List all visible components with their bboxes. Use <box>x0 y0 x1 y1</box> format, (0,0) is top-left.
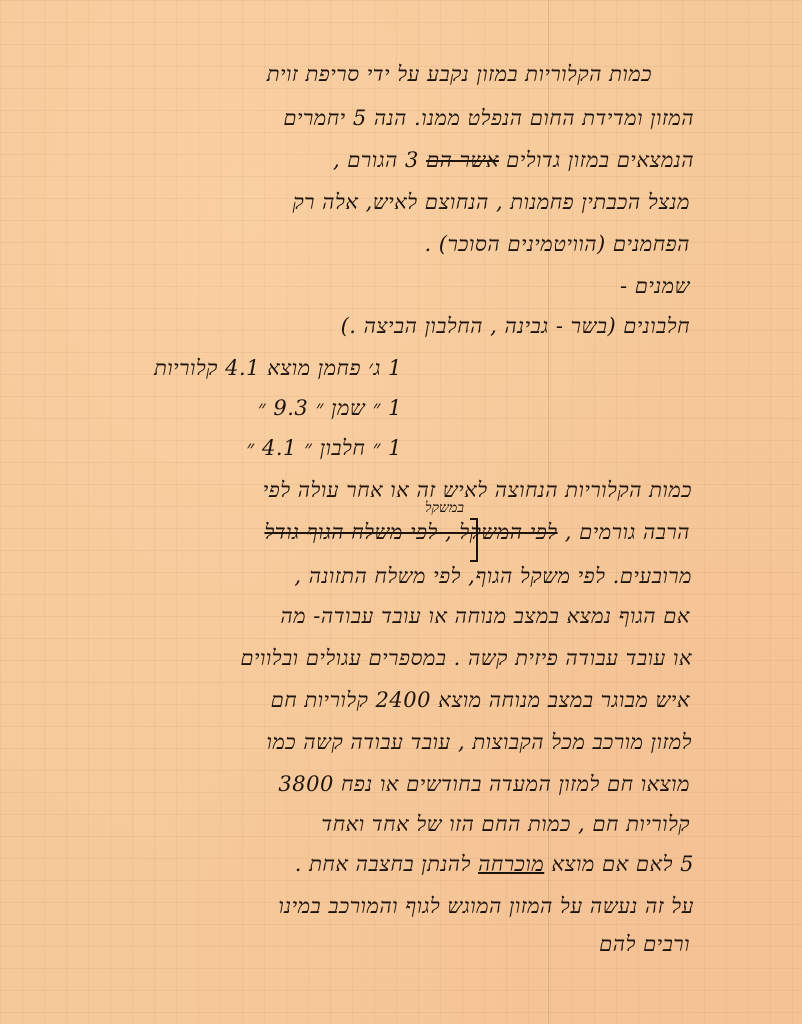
line-12-insertion: במשקל <box>425 500 464 517</box>
line-7: חלבונים (בשר - גבינה , החלבון הביצה .) <box>341 314 690 339</box>
line-2: המזון ומדידת החום הנפלט ממנו. הנה 5 יחמר… <box>283 106 694 131</box>
line-17: למזון מורכב מכל הקבוצות , עובד עבודה קשה… <box>267 730 692 755</box>
line-1: כמות הקלוריות במזון נקבע על ידי סריפת זו… <box>267 62 652 87</box>
line-12-struck-phrase: לפי המשקל , לפי משלח הגוף גודל <box>264 520 557 544</box>
line-12-text: הרבה גורמים , <box>565 520 690 544</box>
line-4: מנצל הכבתין פחמנות , הנחוצם לאיש, אלה רק <box>292 190 690 215</box>
line-3-struck-word: אשר הם <box>426 148 499 172</box>
line-11: כמות הקלוריות הנחוצה לאיש זה או אחר עולה… <box>263 478 692 503</box>
line-20-underlined-word: מוכרחה <box>478 852 544 876</box>
line-3-after: 3 הגורם , <box>333 148 419 172</box>
line-20-after: להנתן בחצבה אחת . <box>295 852 471 876</box>
line-8: 1 ג׳ פחמן מוצא 4.1 קלוריות <box>154 356 402 381</box>
line-19: קלוריות חם , כמות החם הזו של אחד ואחד <box>321 812 690 837</box>
line-3: הנמצאים במזון גדולים אשר הם 3 הגורם , <box>333 148 694 173</box>
insertion-bracket <box>470 518 478 562</box>
line-15: או עובד עבודה פיזית קשה . במספרים עגולים… <box>240 646 692 671</box>
line-10: 1 ״ חלבון ״ 4.1 ״ <box>246 436 402 461</box>
line-13: מרובעים. לפי משקל הגוף, לפי משלח התזונה … <box>294 564 692 589</box>
line-5: הפחמנים (הוויטמינים הסוכר) . <box>424 232 690 257</box>
line-9: 1 ״ שמן ״ 9.3 ״ <box>258 396 402 421</box>
line-20: 5 לאם אם מוצא מוכרחה להנתן בחצבה אחת . <box>295 852 694 877</box>
line-16: איש מבוגר במצב מנוחה מוצא 2400 קלוריות ח… <box>271 688 690 713</box>
line-18: מוצאו חם למזון המעדה בחודשים או נפח 3800 <box>278 772 690 797</box>
line-3-text: הנמצאים במזון גדולים <box>506 148 694 172</box>
line-6: שמנים - <box>620 274 690 299</box>
line-21: על זה נעשה על המזון המוגש לגוף והמורכב ב… <box>278 894 694 919</box>
line-22: ורבים להם <box>599 932 690 957</box>
line-14: אם הגוף נמצא במצב מנוחה או עובד עבודה- מ… <box>280 604 690 629</box>
line-20-text: 5 לאם אם מוצא <box>551 852 694 876</box>
